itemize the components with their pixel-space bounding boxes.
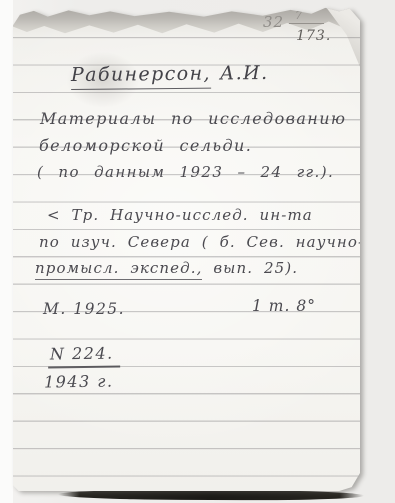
citation-line-3-underlined: промысл. экспед., — [35, 259, 202, 280]
title-line-3: ( по данным 1923 – 24 гг.). — [37, 163, 334, 181]
citation-line-2: по изуч. Севера ( б. Сев. научно- — [39, 233, 364, 251]
author-surname: Рабинерсон, — [71, 63, 211, 90]
citation-line-3-rest: вып. 25). — [202, 259, 298, 277]
citation-line-3: промысл. экспед., вып. 25). — [35, 259, 298, 277]
title-line-1: Материалы по исследованию — [40, 109, 346, 128]
catalog-card: 32 7 173. Рабинерсон,А.И. Материалы по и… — [13, 5, 360, 491]
call-number-fraction: 7 173. — [289, 13, 324, 44]
call-number-numerator: 7 — [289, 11, 324, 24]
scan-left-margin — [0, 0, 13, 503]
title-line-2: беломорской сельди. — [39, 136, 252, 155]
call-number-prefix: 32 — [263, 13, 284, 31]
catalog-card-wrap: 32 7 173. Рабинерсон,А.И. Материалы по и… — [13, 5, 360, 491]
scanned-catalog-card-photo: 32 7 173. Рабинерсон,А.И. Материалы по и… — [0, 0, 395, 503]
imprint-volume-format: 1 т. 8° — [252, 297, 316, 315]
call-number-denominator: 173. — [296, 26, 331, 44]
author-initials: А.И. — [220, 62, 269, 85]
drawer-edge-shadow — [58, 489, 364, 500]
author-heading: Рабинерсон,А.И. — [71, 62, 269, 90]
citation-line-1: < Тр. Научно-исслед. ин-та — [47, 206, 313, 224]
accession-year: 1943 г. — [44, 372, 114, 392]
accession-number: N 224. — [48, 344, 120, 369]
imprint-place-year: М. 1925. — [43, 300, 125, 318]
call-number: 32 7 173. — [263, 13, 324, 44]
